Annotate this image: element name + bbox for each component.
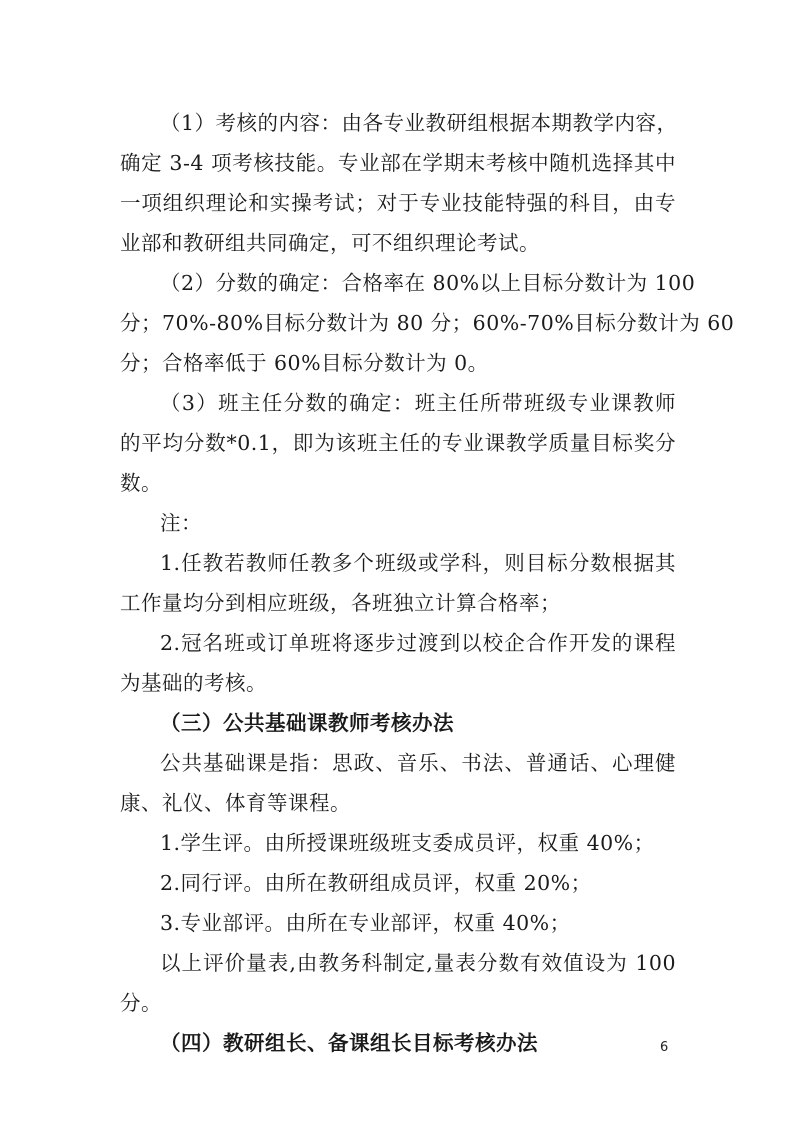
paragraph-line: 确定 3-4 项考核技能。专业部在学期末考核中随机选择其中 (120, 143, 676, 183)
paragraph-line: 一项组织理论和实操考试；对于专业技能特强的科目，由专 (120, 183, 676, 223)
list-item-peer-eval: 2.同行评。由所在教研组成员评，权重 20%； (160, 863, 676, 903)
paragraph-line: 为基础的考核。 (120, 663, 676, 703)
paragraph-score-determination: （2）分数的确定：合格率在 80%以上目标分数计为 100 (160, 263, 676, 303)
paragraph-public-courses-def: 公共基础课是指：思政、音乐、书法、普通话、心理健 (160, 743, 676, 783)
section-heading-group-leaders: （四）教研组长、备课组长目标考核办法 (160, 1023, 676, 1063)
paragraph-line: 数。 (120, 463, 676, 503)
list-item-student-eval: 1.学生评。由所授课班级班支委成员评，权重 40%； (160, 823, 676, 863)
paragraph-assessment-content: （1）考核的内容：由各专业教研组根据本期教学内容， (160, 103, 676, 143)
paragraph-head-teacher-score: （3）班主任分数的确定：班主任所带班级专业课教师 (160, 383, 676, 423)
note-item-2: 2.冠名班或订单班将逐步过渡到以校企合作开发的课程 (160, 623, 676, 663)
paragraph-line: 的平均分数*0.1，即为该班主任的专业课教学质量目标奖分 (120, 423, 676, 463)
section-heading-public-courses: （三）公共基础课教师考核办法 (160, 703, 676, 743)
note-label: 注： (160, 503, 676, 543)
paragraph-line: 业部和教研组共同确定，可不组织理论考试。 (120, 223, 676, 263)
paragraph-line: 工作量均分到相应班级，各班独立计算合格率； (120, 583, 676, 623)
paragraph-line: 分；合格率低于 60%目标分数计为 0。 (120, 343, 676, 383)
paragraph-line: 分；70%-80%目标分数计为 80 分；60%-70%目标分数计为 60 (120, 303, 676, 343)
list-item-department-eval: 3.专业部评。由所在专业部评，权重 40%； (160, 903, 676, 943)
paragraph-rating-scale: 以上评价量表,由教务科制定,量表分数有效值设为 100 (160, 943, 676, 983)
paragraph-line: 分。 (120, 983, 676, 1023)
paragraph-line: 康、礼仪、体育等课程。 (120, 783, 676, 823)
page-number: 6 (660, 1040, 668, 1055)
document-page: （1）考核的内容：由各专业教研组根据本期教学内容， 确定 3-4 项考核技能。专… (0, 0, 793, 1122)
note-item-1: 1.任教若教师任教多个班级或学科，则目标分数根据其 (160, 543, 676, 583)
